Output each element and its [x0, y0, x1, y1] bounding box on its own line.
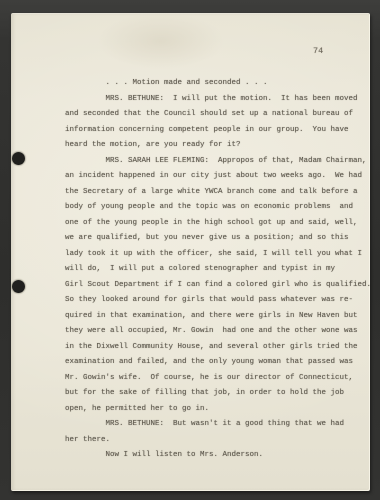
text-line: MRS. BETHUNE: I will put the motion. It … — [65, 92, 365, 108]
text-line: and seconded that the Council should set… — [65, 107, 365, 123]
scan-background: 74 . . . Motion made and seconded . . . … — [0, 0, 380, 500]
typed-transcript: . . . Motion made and seconded . . . MRS… — [65, 76, 365, 464]
text-line: quired in that examination, and there we… — [65, 309, 365, 325]
text-line: MRS. SARAH LEE FLEMING: Appropos of that… — [65, 154, 365, 170]
text-line: Mr. Gowin's wife. Of course, he is our d… — [65, 371, 365, 387]
text-line: one of the young people in the high scho… — [65, 216, 365, 232]
text-line: information concerning competent people … — [65, 123, 365, 139]
text-line: but for the sake of filling that job, in… — [65, 386, 365, 402]
hole-punch-icon — [12, 152, 25, 165]
text-line: lady took it up with the officer, she sa… — [65, 247, 365, 263]
text-line: Girl Scout Department if I can find a co… — [65, 278, 365, 294]
text-line: her there. — [65, 433, 365, 449]
text-line: will do, I will put a colored stenograph… — [65, 262, 365, 278]
text-line: MRS. BETHUNE: But wasn't it a good thing… — [65, 417, 365, 433]
text-line: body of young people and the topic was o… — [65, 200, 365, 216]
text-line: heard the motion, are you ready for it? — [65, 138, 365, 154]
text-line: . . . Motion made and seconded . . . — [65, 76, 365, 92]
text-line: we are qualified, but you never give us … — [65, 231, 365, 247]
text-line: in the Dixwell Community House, and seve… — [65, 340, 365, 356]
text-line: examination and failed, and the only you… — [65, 355, 365, 371]
hole-punch-icon — [12, 280, 25, 293]
text-line: Now I will listen to Mrs. Anderson. — [65, 448, 365, 464]
text-line: they were all occupied, Mr. Gowin had on… — [65, 324, 365, 340]
page-number: 74 — [313, 46, 323, 56]
text-line: So they looked around for girls that wou… — [65, 293, 365, 309]
text-line: open, he permitted her to go in. — [65, 402, 365, 418]
typewritten-page: 74 . . . Motion made and seconded . . . … — [11, 13, 370, 491]
text-line: the Secretary of a large white YWCA bran… — [65, 185, 365, 201]
text-line: an incident happened in our city just ab… — [65, 169, 365, 185]
